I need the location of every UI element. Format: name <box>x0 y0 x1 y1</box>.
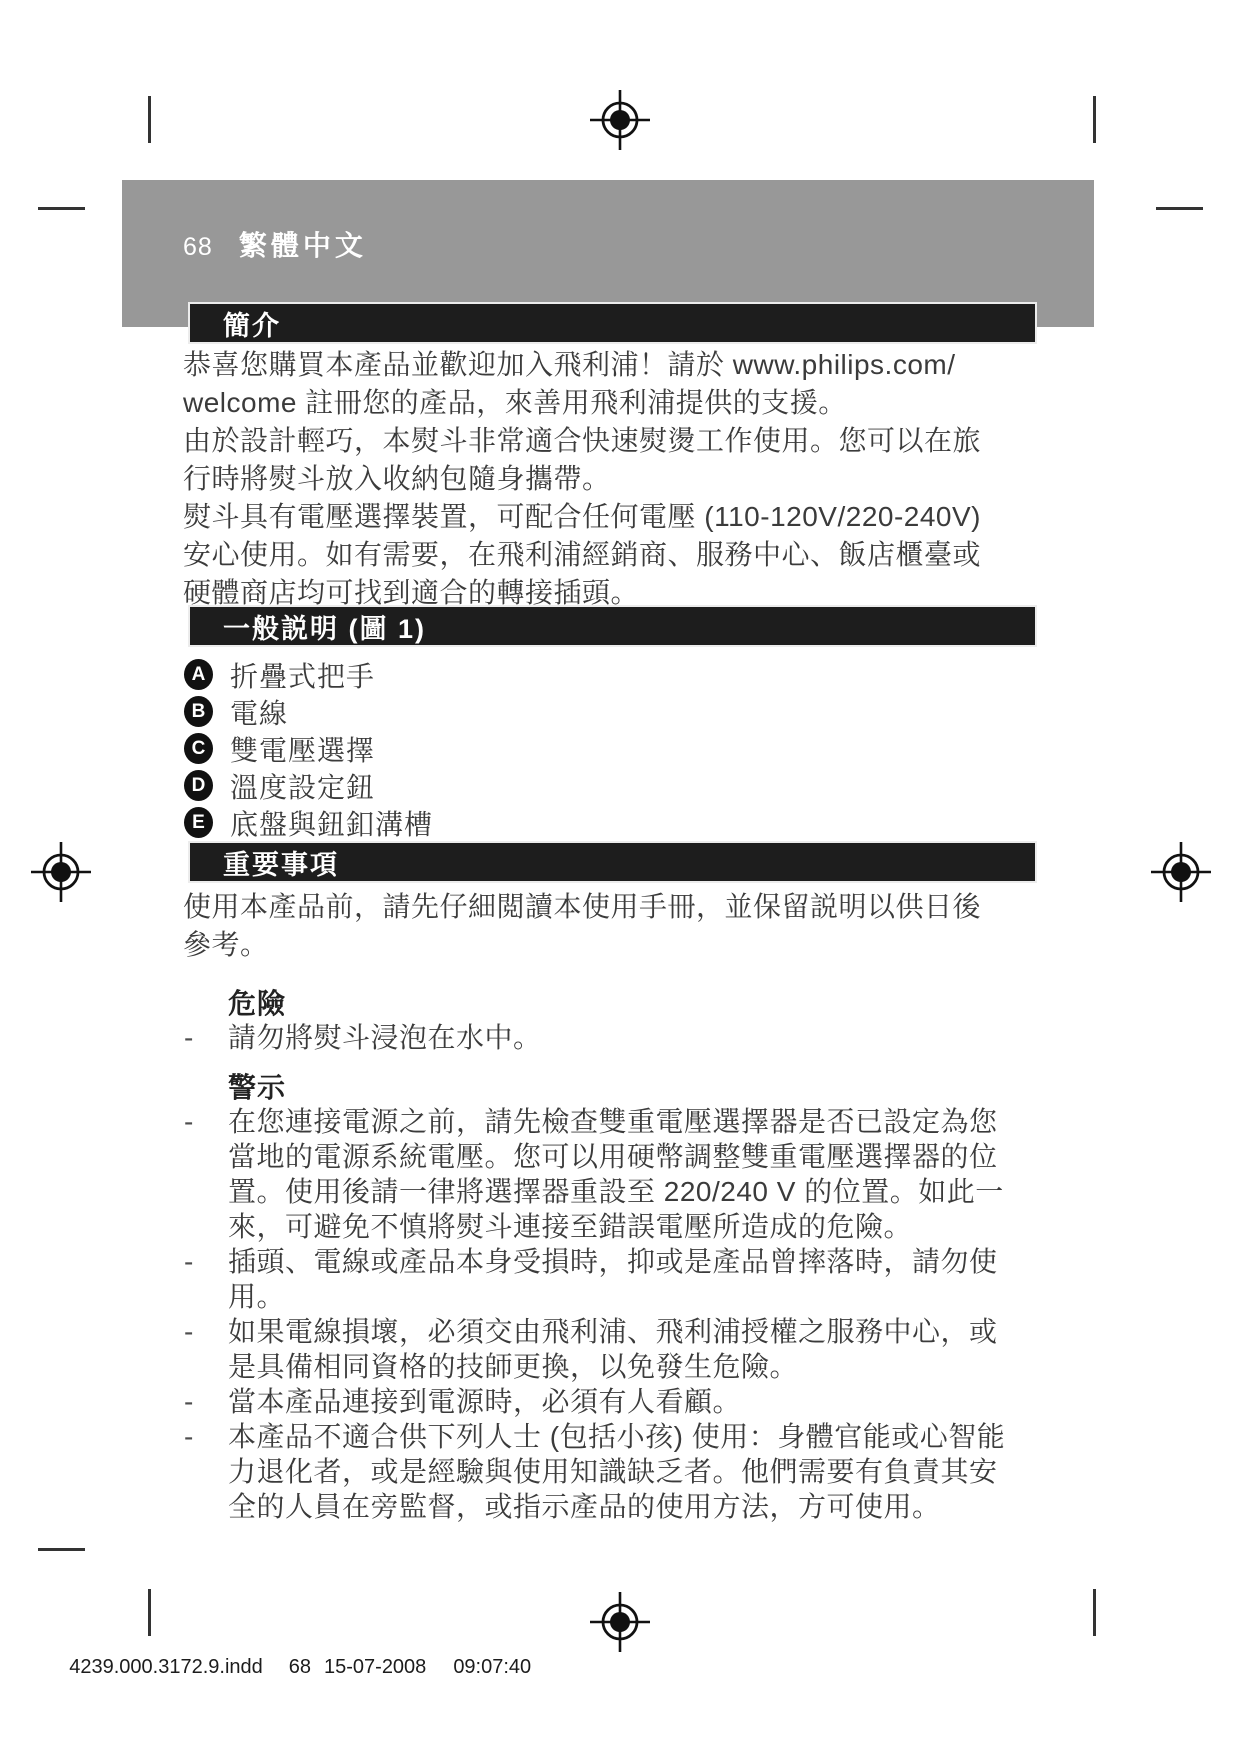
trim-mark-bottom-right-vertical <box>1093 1589 1096 1636</box>
section-title-general: 一般説明 (圖 1) <box>223 607 426 646</box>
text-line: 硬體商店均可找到適合的轉接插頭。 <box>183 574 981 612</box>
footer-date: 15-07-2008 <box>324 1656 426 1678</box>
text-line: 是具備相同資格的技師更換，以免發生危險。 <box>228 1349 998 1384</box>
warning-list: -在您連接電源之前，請先檢查雙重電壓選擇器是否已設定為您當地的電源系統電壓。您可… <box>184 1104 1005 1524</box>
text-line: welcome 註冊您的產品，來善用飛利浦提供的支援。 <box>183 384 981 422</box>
section-bar-general: 一般説明 (圖 1) <box>190 607 1035 645</box>
bullet-item: -請勿將熨斗浸泡在水中。 <box>184 1020 542 1056</box>
trim-mark-left <box>38 207 85 210</box>
text-line: 當地的電源系統電壓。您可以用硬幣調整雙重電壓選擇器的位 <box>228 1139 1004 1174</box>
bullet-dash: - <box>184 1314 228 1349</box>
text-line: 熨斗具有電壓選擇裝置，可配合任何電壓 (110-120V/220-240V) <box>183 498 981 536</box>
text-line: 力退化者，或是經驗與使用知識缺乏者。他們需要有負責其安 <box>228 1454 1005 1489</box>
parts-list-item: B電線 <box>184 693 433 730</box>
registration-mark-icon <box>590 1592 650 1652</box>
section-title-intro: 簡介 <box>223 304 281 343</box>
text-line: 如果電線損壞，必須交由飛利浦、飛利浦授權之服務中心，或 <box>228 1314 998 1349</box>
page-number: 68 <box>183 233 213 262</box>
bullet-dash: - <box>184 1104 228 1139</box>
intro-paragraph: 恭喜您購買本產品並歡迎加入飛利浦！請於 www.philips.com/welc… <box>183 346 981 612</box>
text-line: 插頭、電線或產品本身受損時，抑或是產品曾摔落時，請勿使 <box>228 1244 998 1279</box>
bullet-text: 如果電線損壞，必須交由飛利浦、飛利浦授權之服務中心，或是具備相同資格的技師更換，… <box>228 1314 998 1384</box>
text-line: 置。使用後請一律將選擇器重設至 220/240 V 的位置。如此一 <box>228 1174 1004 1209</box>
bullet-text: 本產品不適合供下列人士 (包括小孩) 使用：身體官能或心智能力退化者，或是經驗與… <box>228 1419 1005 1524</box>
parts-list-item: E底盤與鈕釦溝槽 <box>184 804 433 841</box>
section-bar-intro: 簡介 <box>190 304 1035 342</box>
footer-time: 09:07:40 <box>453 1656 531 1678</box>
registration-mark-icon <box>31 842 91 902</box>
part-label: 底盤與鈕釦溝槽 <box>230 803 433 843</box>
bullet-text: 請勿將熨斗浸泡在水中。 <box>228 1020 542 1056</box>
part-label: 雙電壓選擇 <box>230 729 375 769</box>
important-paragraph: 使用本產品前，請先仔細閲讀本使用手冊，並保留説明以供日後參考。 <box>183 888 981 964</box>
letter-badge: A <box>184 659 213 690</box>
trim-mark-top-right <box>1093 96 1096 143</box>
letter-badge: D <box>184 770 213 801</box>
footer-filename: 4239.000.3172.9.indd <box>69 1656 263 1678</box>
text-line: 恭喜您購買本產品並歡迎加入飛利浦！請於 www.philips.com/ <box>183 346 981 384</box>
bullet-dash: - <box>184 1020 228 1056</box>
danger-list: -請勿將熨斗浸泡在水中。 <box>184 1020 542 1056</box>
trim-mark-right <box>1156 207 1203 210</box>
trim-mark-bottom-left <box>38 1548 85 1551</box>
part-label: 溫度設定鈕 <box>230 766 375 806</box>
part-label: 折疊式把手 <box>230 655 375 695</box>
part-label: 電線 <box>230 692 288 732</box>
bullet-item: -如果電線損壞，必須交由飛利浦、飛利浦授權之服務中心，或是具備相同資格的技師更換… <box>184 1314 1005 1384</box>
bullet-text: 當本產品連接到電源時，必須有人看顧。 <box>228 1384 741 1419</box>
registration-mark-icon <box>1151 842 1211 902</box>
text-line: 行時將熨斗放入收納包隨身攜帶。 <box>183 460 981 498</box>
manual-page: 68 繁體中文 簡介 一般説明 (圖 1) 重要事項 恭喜您購買本產品並歡迎加入… <box>0 0 1241 1754</box>
language-title: 繁體中文 <box>239 224 367 264</box>
bullet-dash: - <box>184 1384 228 1419</box>
letter-badge: E <box>184 807 213 838</box>
footer-page-number: 68 <box>289 1656 311 1678</box>
trim-mark-top-left <box>148 96 151 143</box>
bullet-dash: - <box>184 1419 228 1454</box>
text-line: 來，可避免不慎將熨斗連接至錯誤電壓所造成的危險。 <box>228 1209 1004 1244</box>
text-line: 全的人員在旁監督，或指示產品的使用方法，方可使用。 <box>228 1489 1005 1524</box>
general-parts-list: A折疊式把手B電線C雙電壓選擇D溫度設定鈕E底盤與鈕釦溝槽 <box>184 656 433 841</box>
warning-heading: 警示 <box>228 1066 286 1106</box>
text-line: 請勿將熨斗浸泡在水中。 <box>228 1020 542 1056</box>
section-title-important: 重要事項 <box>223 843 339 882</box>
trim-mark-bottom-left-vertical <box>148 1589 151 1636</box>
bullet-dash: - <box>184 1244 228 1279</box>
bullet-text: 插頭、電線或產品本身受損時，抑或是產品曾摔落時，請勿使用。 <box>228 1244 998 1314</box>
registration-mark-icon <box>590 90 650 150</box>
danger-heading: 危險 <box>228 982 286 1022</box>
text-line: 安心使用。如有需要，在飛利浦經銷商、服務中心、飯店櫃臺或 <box>183 536 981 574</box>
text-line: 本產品不適合供下列人士 (包括小孩) 使用：身體官能或心智能 <box>228 1419 1005 1454</box>
text-line: 由於設計輕巧，本熨斗非常適合快速熨燙工作使用。您可以在旅 <box>183 422 981 460</box>
section-bar-important: 重要事項 <box>190 843 1035 881</box>
text-line: 參考。 <box>183 926 981 964</box>
text-line: 在您連接電源之前，請先檢查雙重電壓選擇器是否已設定為您 <box>228 1104 1004 1139</box>
bullet-item: -在您連接電源之前，請先檢查雙重電壓選擇器是否已設定為您當地的電源系統電壓。您可… <box>184 1104 1005 1244</box>
parts-list-item: D溫度設定鈕 <box>184 767 433 804</box>
bullet-text: 在您連接電源之前，請先檢查雙重電壓選擇器是否已設定為您當地的電源系統電壓。您可以… <box>228 1104 1004 1244</box>
text-line: 使用本產品前，請先仔細閲讀本使用手冊，並保留説明以供日後 <box>183 888 981 926</box>
text-line: 當本產品連接到電源時，必須有人看顧。 <box>228 1384 741 1419</box>
footer-imprint: 4239.000.3172.9.indd6815-07-200809:07:40 <box>47 1633 531 1702</box>
bullet-item: -插頭、電線或產品本身受損時，抑或是產品曾摔落時，請勿使用。 <box>184 1244 1005 1314</box>
bullet-item: -當本產品連接到電源時，必須有人看顧。 <box>184 1384 1005 1419</box>
parts-list-item: A折疊式把手 <box>184 656 433 693</box>
page-header: 68 繁體中文 <box>183 224 367 264</box>
bullet-item: -本產品不適合供下列人士 (包括小孩) 使用：身體官能或心智能力退化者，或是經驗… <box>184 1419 1005 1524</box>
letter-badge: C <box>184 733 213 764</box>
parts-list-item: C雙電壓選擇 <box>184 730 433 767</box>
text-line: 用。 <box>228 1279 998 1314</box>
letter-badge: B <box>184 696 213 727</box>
